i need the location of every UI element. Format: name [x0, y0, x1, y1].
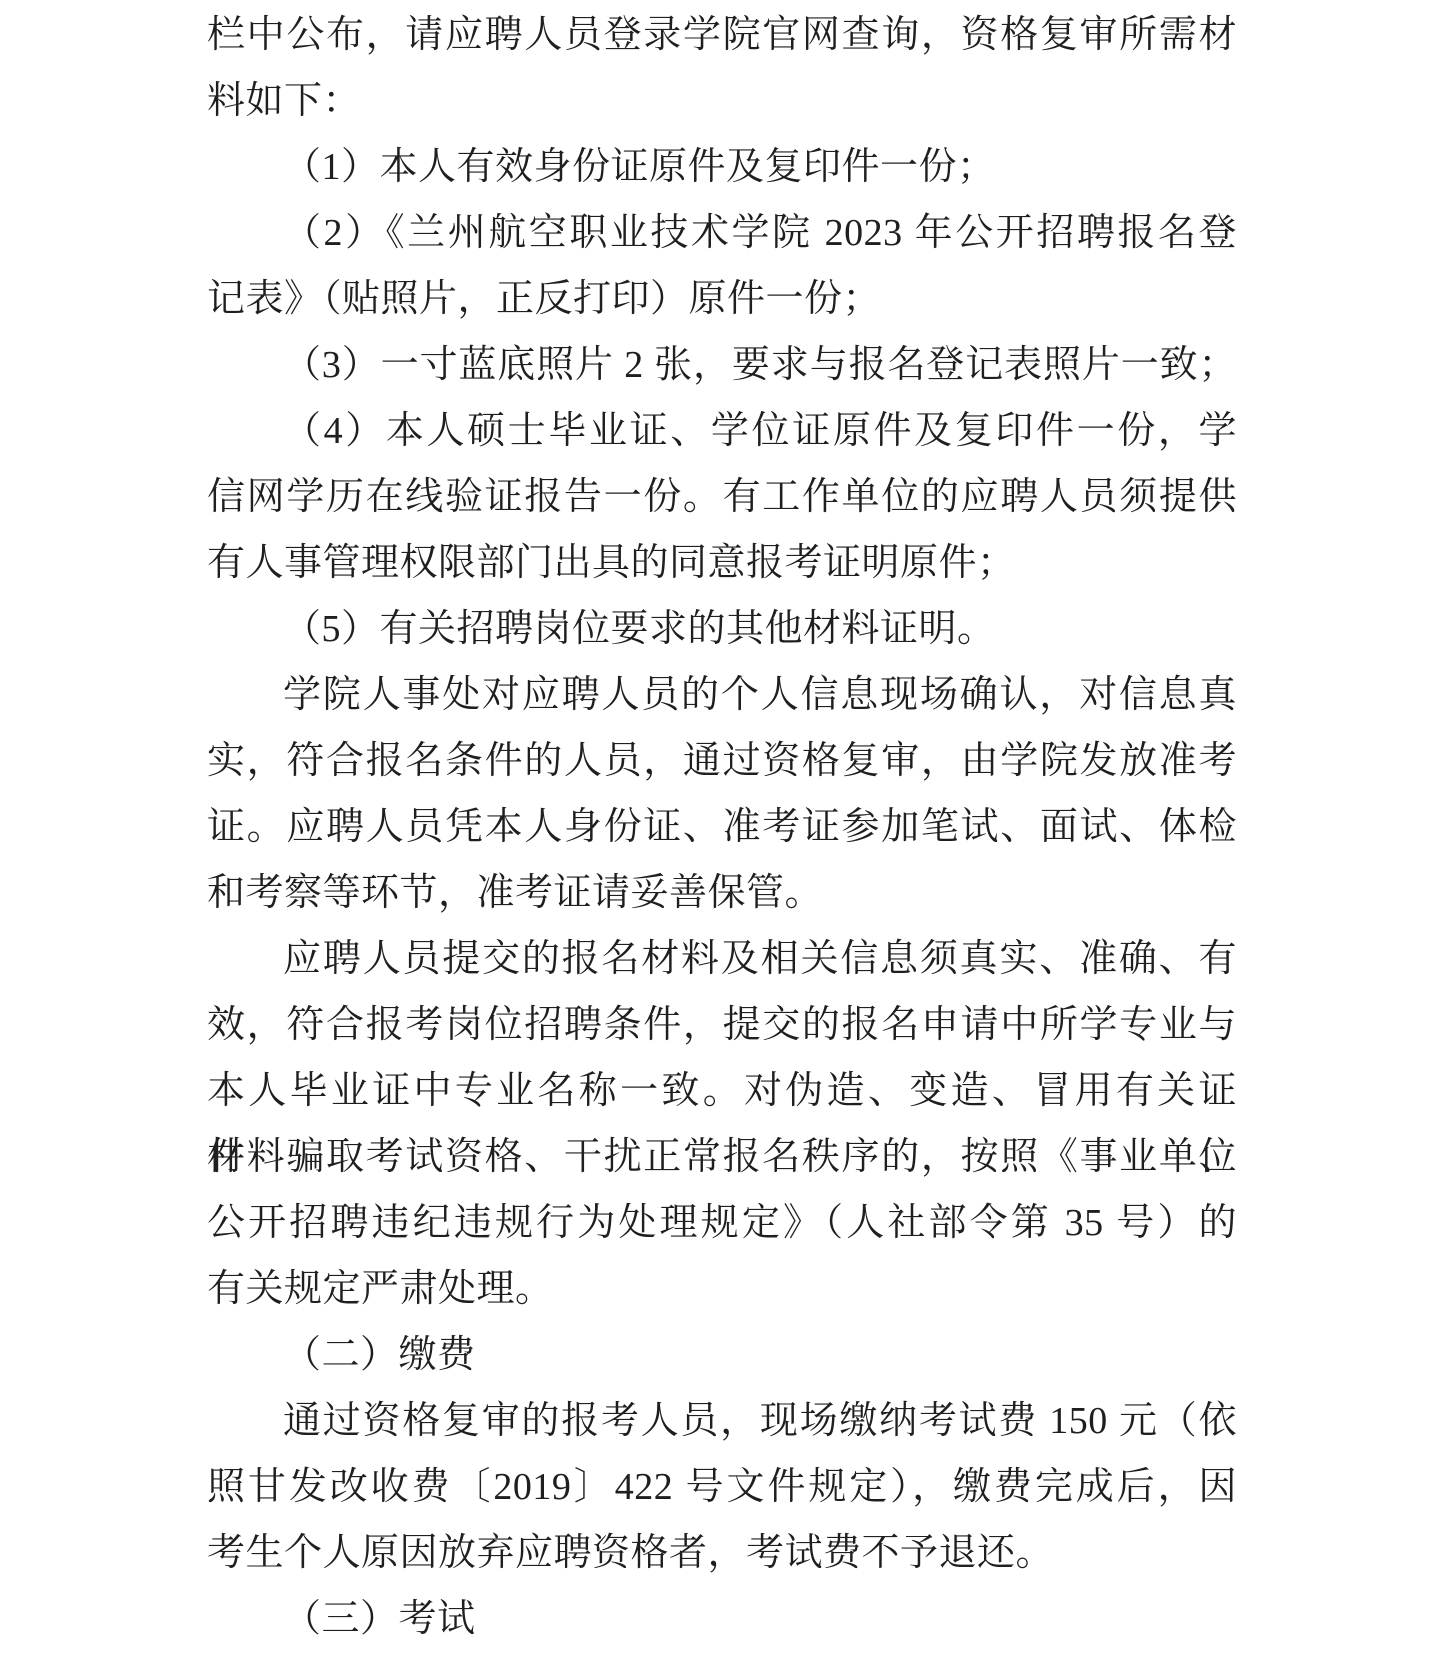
text-line: （1）本人有效身份证原件及复印件一份； [207, 134, 1237, 200]
text-line: 效，符合报考岗位招聘条件，提交的报名申请中所学专业与 [207, 992, 1237, 1058]
text-line: 实，符合报名条件的人员，通过资格复审，由学院发放准考 [207, 728, 1237, 794]
text-line: 记表》（贴照片，正反打印）原件一份； [207, 266, 1237, 332]
text-line: 学院人事处对应聘人员的个人信息现场确认，对信息真 [207, 662, 1237, 728]
text-line: 有人事管理权限部门出具的同意报考证明原件； [207, 530, 1237, 596]
text-line: 公开招聘违纪违规行为处理规定》（人社部令第 35 号）的 [207, 1190, 1237, 1256]
text-line: 证。应聘人员凭本人身份证、准考证参加笔试、面试、体检 [207, 794, 1237, 860]
text-line: （2）《兰州航空职业技术学院 2023 年公开招聘报名登 [207, 200, 1237, 266]
text-line: 通过资格复审的报考人员，现场缴纳考试费 150 元（依 [207, 1388, 1237, 1454]
text-line: 应聘人员提交的报名材料及相关信息须真实、准确、有 [207, 926, 1237, 992]
text-line: 料如下： [207, 68, 1237, 134]
text-line: 栏中公布，请应聘人员登录学院官网查询，资格复审所需材 [207, 2, 1237, 68]
text-line: 材料骗取考试资格、干扰正常报名秩序的，按照《事业单位 [207, 1124, 1237, 1190]
document-page: 栏中公布，请应聘人员登录学院官网查询，资格复审所需材 料如下： （1）本人有效身… [207, 2, 1237, 1652]
text-line: （3）一寸蓝底照片 2 张，要求与报名登记表照片一致； [207, 332, 1237, 398]
text-line: （二）缴费 [207, 1322, 1237, 1388]
text-line: （5）有关招聘岗位要求的其他材料证明。 [207, 596, 1237, 662]
text-line: 照甘发改收费〔2019〕422 号文件规定），缴费完成后，因 [207, 1454, 1237, 1520]
text-line: 有关规定严肃处理。 [207, 1256, 1237, 1322]
text-line: 信网学历在线验证报告一份。有工作单位的应聘人员须提供 [207, 464, 1237, 530]
text-line: （4）本人硕士毕业证、学位证原件及复印件一份，学 [207, 398, 1237, 464]
text-line: 和考察等环节，准考证请妥善保管。 [207, 860, 1237, 926]
text-line: 考生个人原因放弃应聘资格者，考试费不予退还。 [207, 1520, 1237, 1586]
text-line: （三）考试 [207, 1586, 1237, 1652]
text-line: 本人毕业证中专业名称一致。对伪造、变造、冒用有关证件、 [207, 1058, 1237, 1124]
